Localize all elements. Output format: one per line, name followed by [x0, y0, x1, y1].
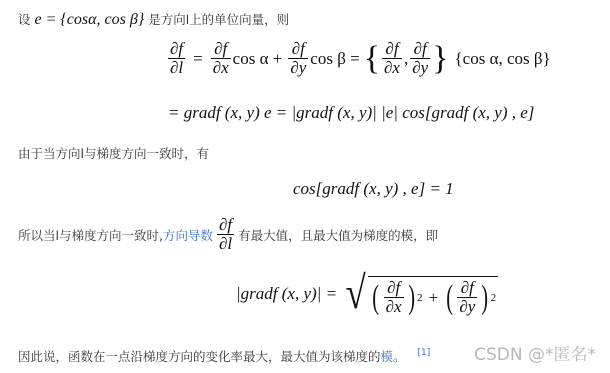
equation-directional-derivative: ∂f∂l = ∂f∂x cos α + ∂f∂y cos β = { ∂f∂x … [166, 40, 551, 78]
text-prefix: 所以当l与梯度方向一致时, [18, 226, 163, 244]
radicand: ( ∂f∂x ) 2 + ( ∂f∂y ) 2 [368, 276, 498, 317]
square-root: √ ( ∂f∂x ) 2 + ( ∂f∂y ) 2 [343, 270, 498, 317]
plus-sign: + [428, 288, 438, 308]
link-modulus[interactable]: 模 [381, 349, 394, 364]
text-suffix: 。 [393, 349, 406, 364]
left-paren: ( [446, 279, 453, 317]
equals-sign: = [193, 49, 203, 69]
paragraph-max-value: 所以当l与梯度方向一致时, 方向导数 ∂f∂l 有最大值，且最大值为梯度的模，即 [18, 216, 438, 254]
fraction-df-dy: ∂f∂y [457, 279, 477, 317]
csdn-watermark: CSDN @*匿名* [474, 340, 596, 365]
right-paren: ) [408, 279, 415, 317]
text-suffix: 是方向l上的单位向量，则 [148, 12, 289, 27]
right-paren: ) [482, 279, 489, 317]
vector-df-dx: ∂f∂x [382, 40, 402, 78]
paragraph-unit-vector: 设 e = {cosα, cos β} 是方向l上的单位向量，则 [18, 10, 289, 29]
fraction-df-dx: ∂f∂x [211, 40, 231, 78]
text-suffix: 有最大值，且最大值为梯度的模，即 [238, 226, 438, 244]
left-paren: ( [373, 279, 380, 317]
inline-fraction-df-dl: ∂f∂l [217, 216, 234, 254]
gradient-magnitude-lhs: |gradf (x, y)| = [236, 284, 337, 304]
paragraph-conclusion: 因此说，函数在一点沿梯度方向的变化率最大，最大值为该梯度的模。 [1] [18, 347, 430, 365]
link-directional-derivative[interactable]: 方向导数 [163, 226, 213, 244]
equation-gradient-magnitude: |gradf (x, y)| = √ ( ∂f∂x ) 2 + ( ∂f∂y )… [236, 270, 498, 317]
exponent: 2 [417, 292, 423, 304]
fraction-df-dy: ∂f∂y [288, 40, 308, 78]
radical-sign: √ [346, 270, 366, 317]
comma: , [404, 49, 408, 69]
fraction-df-dl: ∂f∂l [168, 40, 185, 78]
brace-open: { [364, 40, 380, 78]
text-prefix: 设 [18, 12, 31, 27]
exponent: 2 [491, 292, 497, 304]
inline-math-e: e = {cosα, cos β} [35, 11, 145, 28]
term-cos-alpha: cos α + [233, 49, 283, 69]
vector-df-dy: ∂f∂y [410, 40, 430, 78]
equation-gradient-product: = gradf (x, y) e = |gradf (x, y)| |e| co… [168, 103, 534, 123]
reference-link[interactable]: [1] [418, 348, 431, 358]
paragraph-direction-aligned: 由于当方向l与梯度方向一致时，有 [18, 144, 209, 162]
brace-close: } [432, 40, 448, 78]
text-prefix: 因此说，函数在一点沿梯度方向的变化率最大，最大值为该梯度的 [18, 349, 381, 364]
fraction-df-dx: ∂f∂x [384, 279, 404, 317]
term-cos-beta: cos β = [310, 49, 359, 69]
equation-cos-equals-one: cos[gradf (x, y) , e] = 1 [293, 179, 454, 199]
vector-cos: {cos α, cos β} [455, 49, 551, 69]
